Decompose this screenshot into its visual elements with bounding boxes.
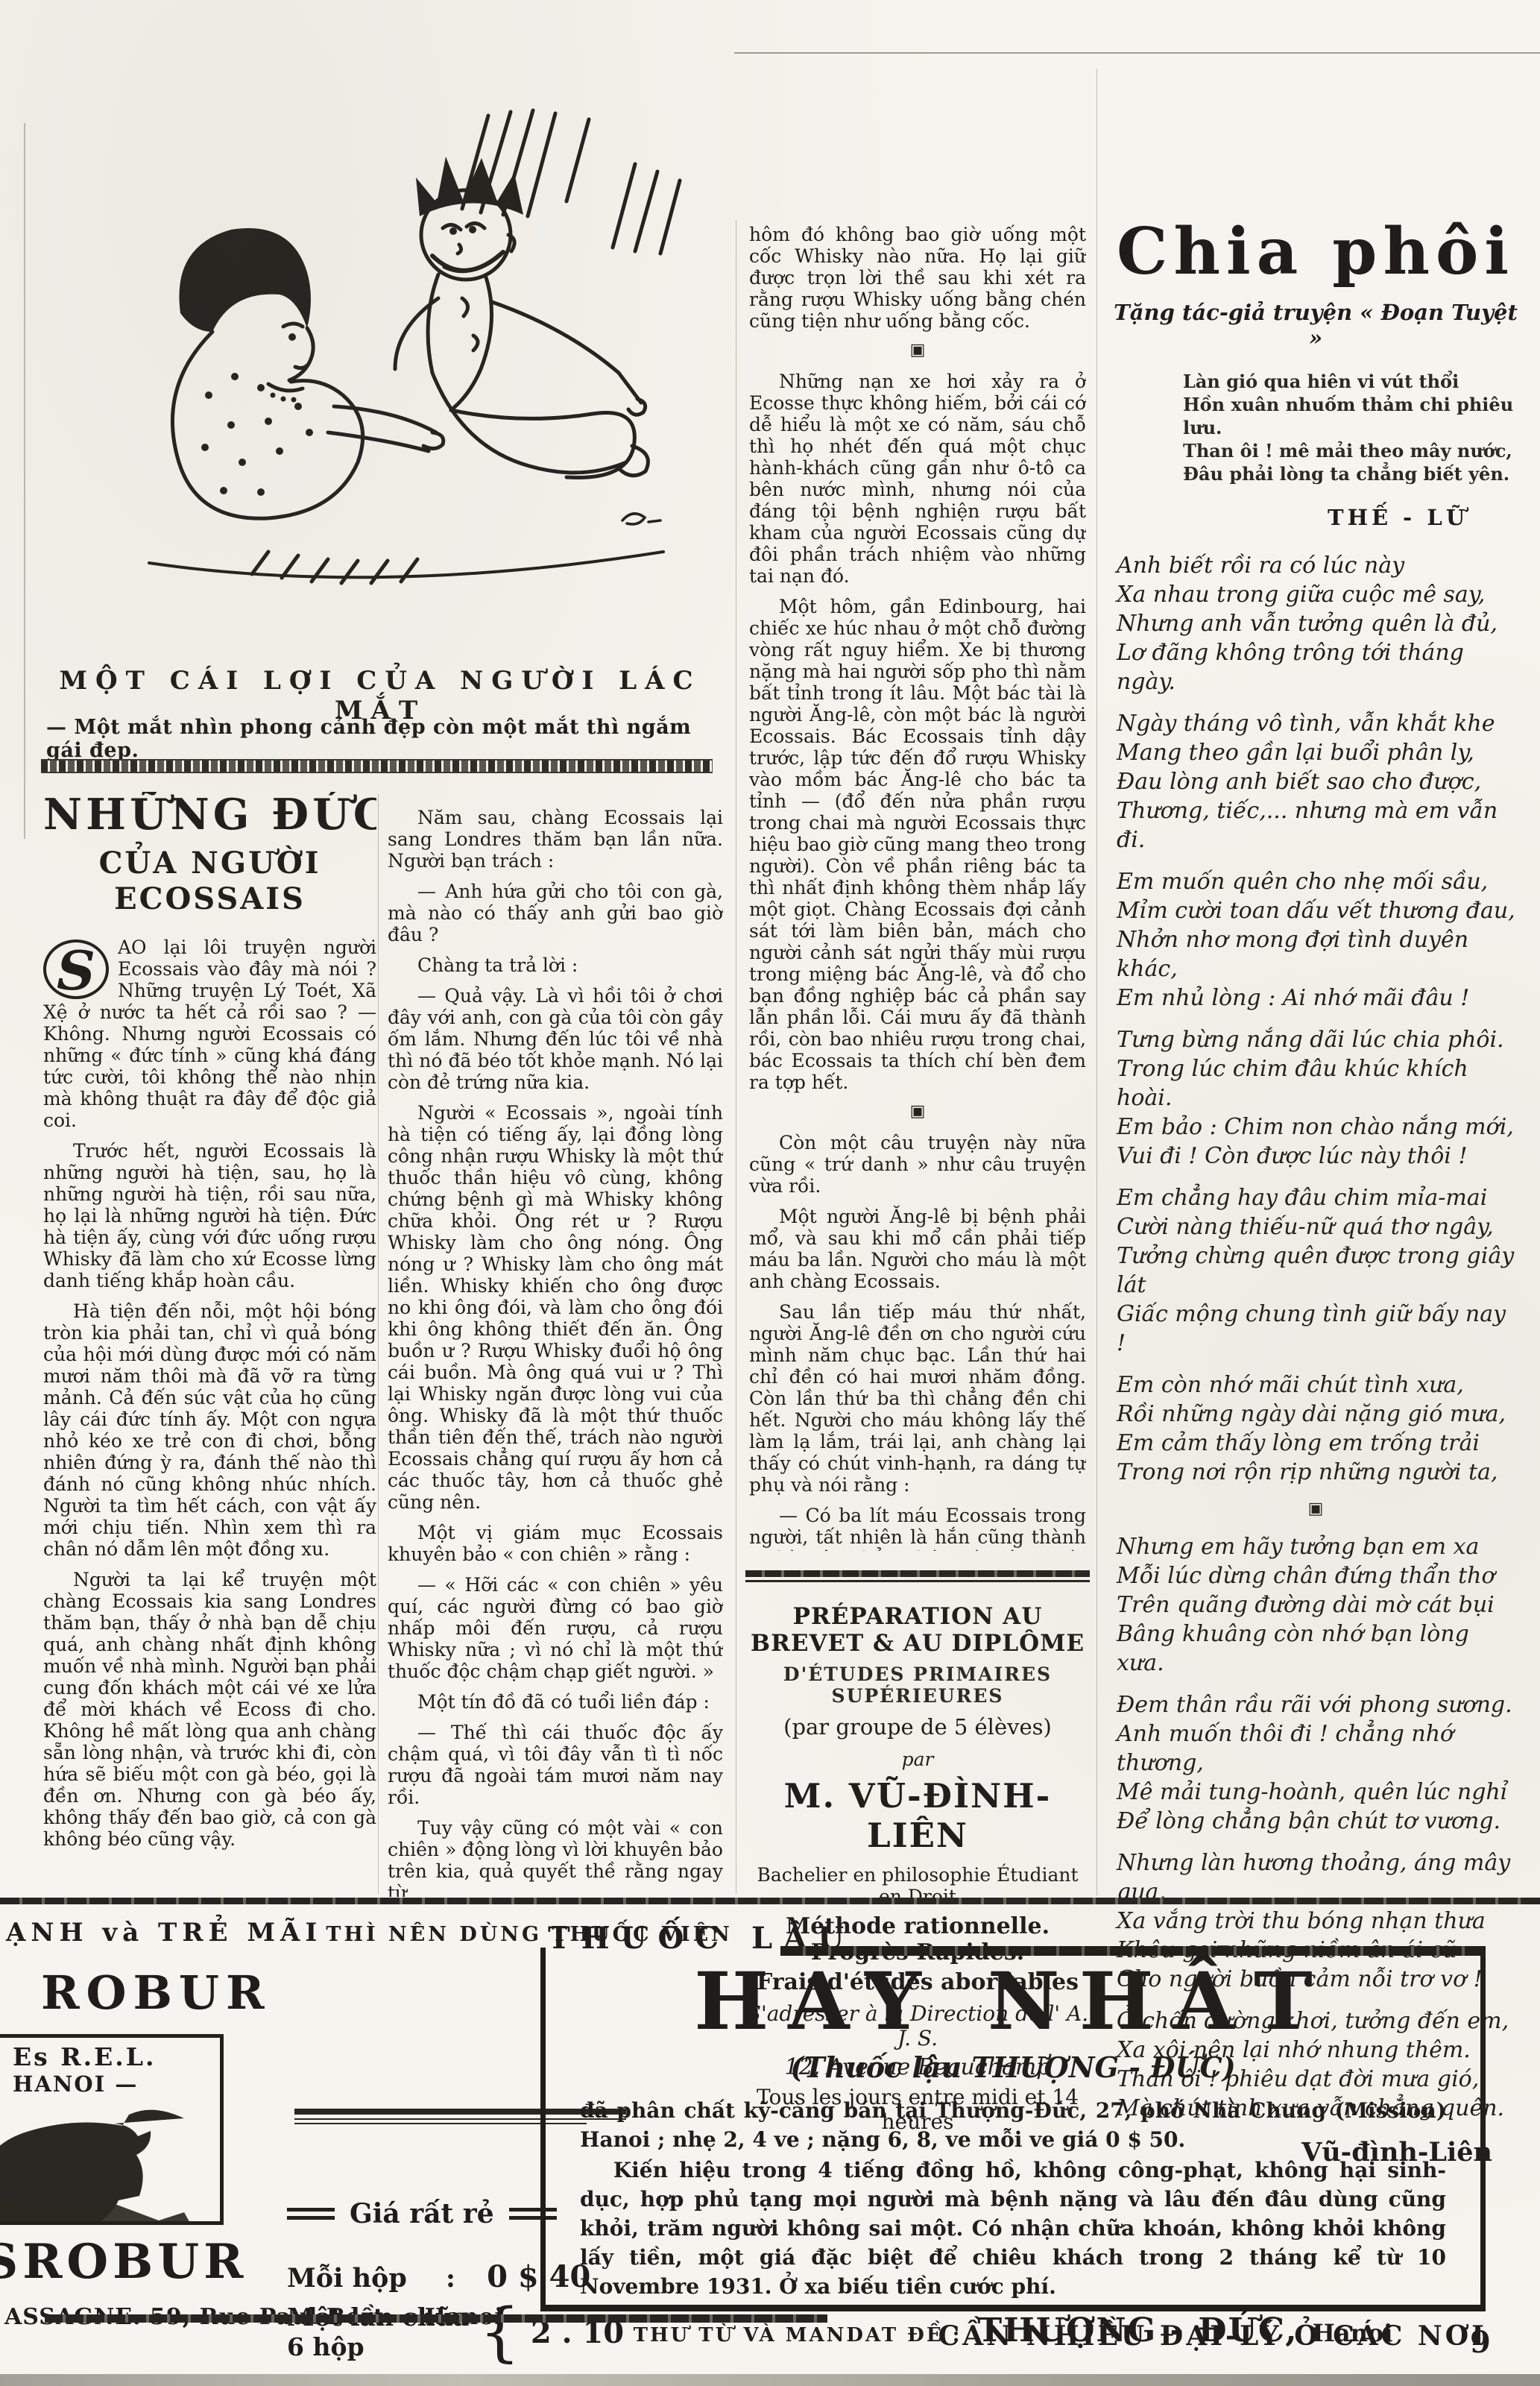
column-rule [1096,69,1097,1895]
page-number: 9 [1470,2325,1491,2360]
frame-bottom-bar [45,2314,827,2323]
poem-line: Cười nàng thiếu-nữ quá thơ ngây, [1117,1212,1519,1241]
poem-line: Đau lòng anh biết sao cho được, [1117,767,1519,796]
ad-line: PRÉPARATION AU BREVET & AU DIPLÔME [745,1603,1090,1657]
section-divider-icon: ▣ [749,1102,1086,1121]
thuongduc-ad-frame: HAY NHẤT (Thuốc lậu THƯỢNG - ĐỨC) đã phâ… [540,1948,1486,2311]
poem-line: Xa vắng trời thu bóng nhạn thưa [1117,1907,1519,1936]
robur-image-box: Es R.E.L. HANOI — [0,2034,224,2225]
poem-line: Ngày tháng vô tình, vẫn khắt khe [1117,709,1519,738]
poem-line: Thương, tiếc,... nhưng mà em vẫn đi. [1117,796,1519,854]
epigraph-author: THẾ - LỮ [1112,505,1519,530]
poem-line: Đem thân rầu rãi với phong sương. [1117,1690,1519,1719]
article-paragraph: Chàng ta trả lời : [388,954,723,976]
article-paragraph: hôm đó không bao giờ uống một cốc Whisky… [749,224,1086,332]
article-column-2: Năm sau, chàng Ecossais lại sang Londres… [388,807,723,1897]
illustration-caption-subtitle: — Một mắt nhìn phong cảnh đẹp còn một mắ… [46,716,717,762]
ad-line: D'ÉTUDES PRIMAIRES SUPÉRIEURES [745,1663,1090,1707]
poem-line: Em cảm thấy lòng em trống trải [1117,1429,1519,1458]
article-column-1: NHỮNG ĐỨC TÍNH CỦA NGƯỜI ECOSSAIS SAO lạ… [43,792,376,1898]
robur-ad-strip: ẠNH và TRẺ MÃI THÌ NÊN DÙNG THUỐC VIÊN [6,1918,535,1948]
article-paragraph: Còn một câu truyện này nữa cũng « trứ da… [749,1132,1086,1197]
article-paragraph: — « Hỡi các « con chiên » yêu quí, các n… [388,1574,723,1682]
price-header-text: Giá rất rẻ [350,2198,494,2229]
article-paragraph: Trước hết, người Ecossais là những người… [43,1140,376,1291]
poem-epigraph: Làn gió qua hiên vi vút thổi Hồn xuân nh… [1183,370,1519,485]
poem-dedication: Tặng tác-giả truyện « Đoạn Tuyệt » [1112,300,1519,350]
goat-illustration [0,2090,199,2225]
article-paragraph: Tuy vậy cũng có một vài « con chiên » độ… [388,1817,723,1897]
poem-line: Mỉm cười toan dấu vết thương đau, [1117,896,1519,925]
poem-line: Vui đi ! Còn được lúc này thôi ! [1117,1142,1519,1171]
cartoon-drawing [45,75,716,652]
frame-top-bar [780,1946,1486,1956]
poem-line: Để lòng chẳng bận chút tơ vương. [1117,1807,1519,1836]
poem-stanza: Tưng bừng nắng dãi lúc chia phôi. Trong … [1112,1025,1519,1171]
scan-edge-line [24,123,25,839]
article-paragraph: Người « Ecossais », ngoài tính hà tiện c… [388,1102,723,1513]
thuongduc-title: HAY NHẤT [580,1960,1446,2043]
rule-icon [287,2208,335,2220]
price-colon: : [446,2263,455,2294]
poem-stanza: Ngày tháng vô tình, vẫn khắt khe Mang th… [1112,709,1519,854]
cartoon-illustration [45,75,716,652]
thuongduc-subtitle: (Thuốc lậu THƯỢNG - ĐỨC) [580,2050,1446,2084]
scan-bottom-edge [0,2374,1540,2386]
robur-brand-cut: SROBUR [0,2234,247,2290]
agents-notice: CẦN NHIỀU ĐẠI-LÝ Ở CÁC NƠI [857,2320,1487,2352]
poem-line: Anh biết rồi ra có lúc này [1117,551,1519,580]
poem-line: Trong lúc chim đâu khúc khích hoài. [1117,1054,1519,1112]
poem-line: Em muốn quên cho nhẹ mối sầu, [1117,867,1519,896]
poem-title: Chia phôi [1112,218,1519,286]
article-title-line1: NHỮNG ĐỨC TÍNH [43,792,376,838]
strip-text-big: ẠNH và TRẺ MÃI [6,1918,322,1948]
article-paragraph: SAO lại lôi truyện người Ecossais vào đâ… [43,937,376,1131]
article-paragraph: Một người Ăng-lê bị bệnh phải mổ, và sau… [749,1206,1086,1292]
poem-line: Nhởn nhơ mong đợi tình duyên khác, [1117,925,1519,983]
page-top-rule [734,52,1540,54]
section-divider-icon: ▣ [749,341,1086,360]
article-paragraph: Hà tiện đến nỗi, một hội bóng tròn kia p… [43,1300,376,1560]
poem-stanza: Anh biết rồi ra có lúc này Xa nhau trong… [1112,551,1519,696]
article-paragraph: — Có ba lít máu Ecossais trong người, tấ… [749,1505,1086,1551]
poem-line: Lơ đãng không trông tới tháng ngày. [1117,638,1519,696]
poem-line: Nhưng anh vẫn tưởng quên là đủ, [1117,609,1519,638]
tutor-name: M. VŨ-ĐÌNH-LIÊN [745,1776,1090,1855]
poem-column: Chia phôi Tặng tác-giả truyện « Đoạn Tuy… [1112,218,1519,2167]
article-paragraph: — Thế thì cái thuốc độc ấy chậm quá, vì … [388,1722,723,1808]
ad-paragraph: đã phân chất kỹ-càng bán tại Thượng-Đức,… [580,2096,1446,2154]
article-paragraph: — Anh hứa gửi cho tôi con gà, mà nào có … [388,881,723,945]
epigraph-line: Than ôi ! mê mải theo mây nước, [1183,439,1519,462]
poem-stanza: Em chẳng hay đâu chim mỉa-mai Cười nàng … [1112,1183,1519,1358]
drop-cap: S [43,939,109,999]
epigraph-line: Hồn xuân nhuốm thảm chi phiêu lưu. [1183,393,1519,439]
article-paragraph: Một hôm, gần Edinbourg, hai chiếc xe húc… [749,596,1086,1093]
poem-stanza: Đem thân rầu rãi với phong sương. Anh mu… [1112,1690,1519,1836]
article-paragraph: Một tín đồ đã có tuổi liền đáp : [388,1691,723,1713]
poem-line: Giấc mộng chung tình giữ bấy nay ! [1117,1300,1519,1358]
poem-line: Mê mải tung-hoành, quên lúc nghỉ [1117,1778,1519,1807]
section-divider-icon: ▣ [1112,1499,1519,1519]
poem-line: Em nhủ lòng : Ai nhớ mãi đâu ! [1117,983,1519,1013]
poem-stanza: Em muốn quên cho nhẹ mối sầu, Mỉm cười t… [1112,867,1519,1013]
poem-line: Anh muốn thôi đi ! chẳng nhớ thương, [1117,1719,1519,1778]
poem-stanza: Nhưng em hãy tưởng bạn em xa Mỗi lúc dừn… [1112,1532,1519,1678]
poem-line: Nhưng em hãy tưởng bạn em xa [1117,1532,1519,1561]
article-paragraph: — Quả vậy. Là vì hồi tôi ở chơi đây với … [388,985,723,1093]
ad-paragraph: Kiến hiệu trong 4 tiếng đồng hồ, không c… [580,2156,1446,2301]
price-label: Mỗi hộp [287,2263,407,2294]
ad-line: (par groupe de 5 élèves) [745,1714,1090,1740]
article-paragraph: Sau lần tiếp máu thứ nhất, người Ăng-lê … [749,1301,1086,1496]
poem-line: Tưng bừng nắng dãi lúc chia phôi. [1117,1025,1519,1054]
poem-line: Trên quãng đường dài mờ cát bụi [1117,1590,1519,1619]
ads-separator-bar [0,1898,1540,1904]
poem-line: Em bảo : Chim non chào nắng mới, [1117,1112,1519,1142]
box-text: Es R.E.L. [13,2042,220,2071]
article-paragraph: Người ta lại kể truyện một chàng Ecossai… [43,1569,376,1850]
epigraph-line: Làn gió qua hiên vi vút thổi [1183,370,1519,393]
robur-brand: ROBUR [41,1965,271,2020]
column-rule [378,794,379,1894]
poem-line: Mang theo gần lại buổi phân ly, [1117,738,1519,767]
price-label-line: 6 hộp [287,2332,365,2361]
epigraph-line: Đâu phải lòng ta chẳng biết yên. [1183,462,1519,485]
poem-line: Rồi những ngày dài nặng gió mưa, [1117,1400,1519,1429]
ornament-border [41,759,713,773]
poem-line: Em còn nhớ mãi chút tình xưa, [1117,1370,1519,1400]
article-paragraph: Năm sau, chàng Ecossais lại sang Londres… [388,807,723,872]
poem-line: Trong nơi rộn rịp những người ta, [1117,1458,1519,1487]
poem-line: Em chẳng hay đâu chim mỉa-mai [1117,1183,1519,1212]
article-column-3: hôm đó không bao giờ uống một cốc Whisky… [749,224,1086,1551]
article-title-line2: CỦA NGƯỜI ECOSSAIS [43,846,376,917]
article-paragraph: Những nạn xe hơi xảy ra ở Ecosse thực kh… [749,371,1086,587]
poem-line: Mỗi lúc dừng chân đứng thẩn thơ [1117,1561,1519,1590]
column-rule [736,220,736,1894]
poem-line: Bâng khuâng còn nhớ bạn lòng xưa. [1117,1619,1519,1678]
article-paragraph: Một vị giám mục Ecossais khuyên bảo « co… [388,1522,723,1565]
newspaper-page: MỘT CÁI LỢI CỦA NGƯỜI LÁC MẮT — Một mắt … [0,0,1540,2386]
poem-body: Anh biết rồi ra có lúc này Xa nhau trong… [1112,551,1519,2167]
ad-top-rule [745,1570,1090,1582]
poem-line: Tưởng chừng quên được trong giây lát [1117,1241,1519,1300]
poem-stanza: Em còn nhớ mãi chút tình xưa, Rồi những … [1112,1370,1519,1487]
ad-line: par [745,1748,1090,1770]
poem-line: Xa nhau trong giữa cuộc mê say, [1117,580,1519,609]
